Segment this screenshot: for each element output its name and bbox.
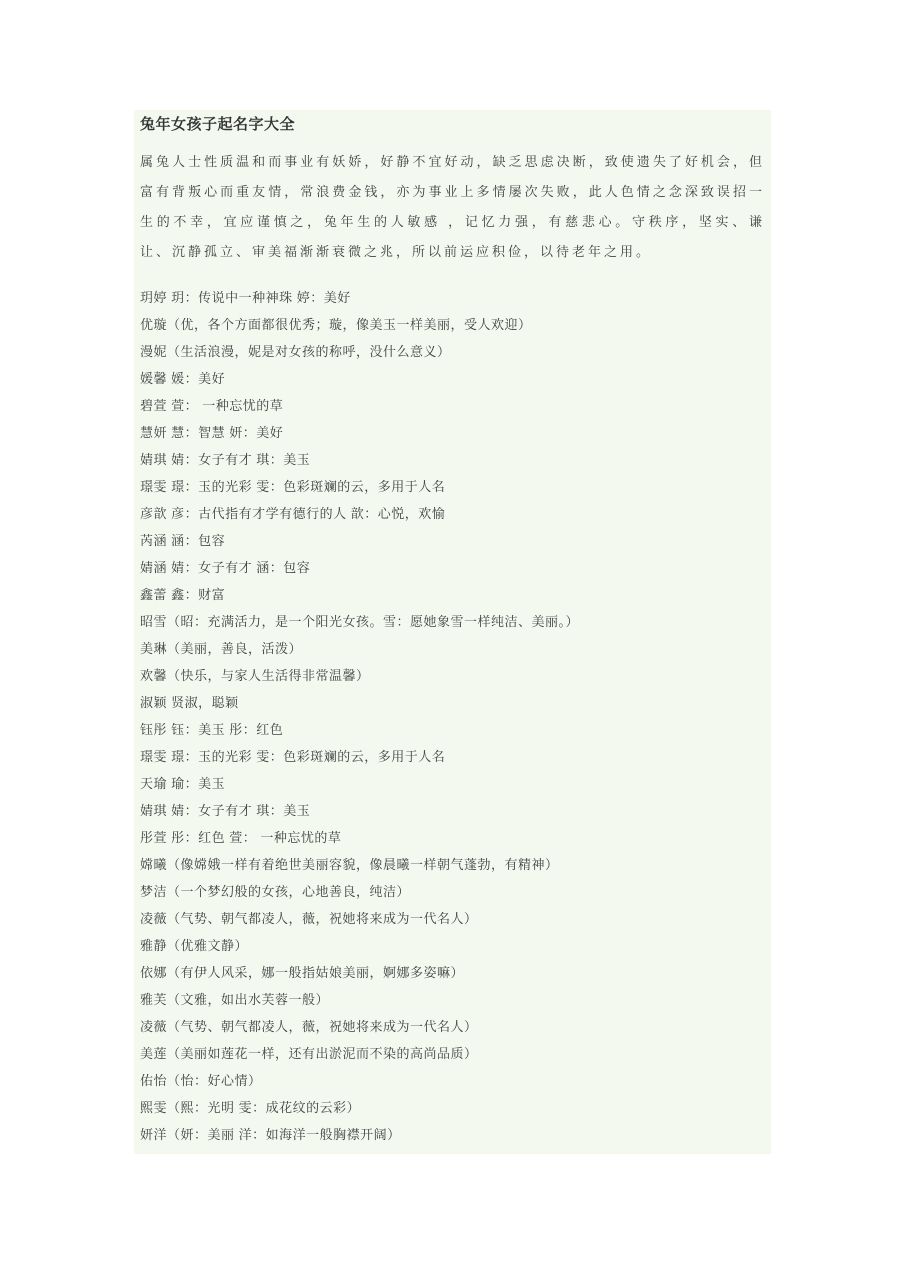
name-list-item: 嫦曦（像嫦娥一样有着绝世美丽容貌，像晨曦一样朝气蓬勃，有精神） xyxy=(140,851,765,878)
name-list-item: 美琳（美丽，善良，活泼） xyxy=(140,635,765,662)
name-list-item: 佑怡（怡：好心情） xyxy=(140,1067,765,1094)
name-list: 玥婷 玥：传说中一种神珠 婷：美好优璇（优，各个方面都很优秀；璇，像美玉一样美丽… xyxy=(140,284,765,1148)
name-list-item: 芮涵 涵：包容 xyxy=(140,527,765,554)
name-list-item: 熙雯（熙：光明 雯：成花纹的云彩） xyxy=(140,1094,765,1121)
name-list-item: 慧妍 慧：智慧 妍：美好 xyxy=(140,419,765,446)
name-list-item: 雅静（优雅文静） xyxy=(140,932,765,959)
name-list-item: 凌薇（气势、朝气都凌人，薇，祝她将来成为一代名人） xyxy=(140,1013,765,1040)
name-list-item: 碧萱 萱： 一种忘忧的草 xyxy=(140,392,765,419)
name-list-item: 优璇（优，各个方面都很优秀；璇，像美玉一样美丽，受人欢迎） xyxy=(140,311,765,338)
name-list-item: 欢馨（快乐，与家人生活得非常温馨） xyxy=(140,662,765,689)
name-list-item: 玥婷 玥：传说中一种神珠 婷：美好 xyxy=(140,284,765,311)
name-list-item: 凌薇（气势、朝气都凌人，薇，祝她将来成为一代名人） xyxy=(140,905,765,932)
name-list-item: 婧涵 婧：女子有才 涵：包容 xyxy=(140,554,765,581)
name-list-item: 雅芙（文雅，如出水芙蓉一般） xyxy=(140,986,765,1013)
name-list-item: 婧琪 婧：女子有才 琪：美玉 xyxy=(140,446,765,473)
name-list-item: 彤萱 彤：红色 萱： 一种忘忧的草 xyxy=(140,824,765,851)
name-list-item: 淑颖 贤淑，聪颖 xyxy=(140,689,765,716)
name-list-item: 璟雯 璟：玉的光彩 雯：色彩斑斓的云，多用于人名 xyxy=(140,473,765,500)
intro-paragraph: 属兔人士性质温和而事业有妖娇，好静不宜好动，缺乏思虑决断，致使遗失了好机会，但富… xyxy=(140,147,765,267)
name-list-item: 璟雯 璟：玉的光彩 雯：色彩斑斓的云，多用于人名 xyxy=(140,743,765,770)
name-list-item: 依娜（有伊人风采，娜一般指姑娘美丽，婀娜多姿嘛） xyxy=(140,959,765,986)
name-list-item: 钰彤 钰：美玉 彤：红色 xyxy=(140,716,765,743)
document-content-area: 兔年女孩子起名字大全 属兔人士性质温和而事业有妖娇，好静不宜好动，缺乏思虑决断，… xyxy=(134,110,771,1154)
name-list-item: 婧琪 婧：女子有才 琪：美玉 xyxy=(140,797,765,824)
document-title: 兔年女孩子起名字大全 xyxy=(140,114,765,136)
name-list-item: 漫妮（生活浪漫，妮是对女孩的称呼，没什么意义） xyxy=(140,338,765,365)
name-list-item: 妍洋（妍：美丽 洋：如海洋一般胸襟开阔） xyxy=(140,1121,765,1148)
name-list-item: 彦歆 彦：古代指有才学有德行的人 歆：心悦，欢愉 xyxy=(140,500,765,527)
name-list-item: 梦洁（一个梦幻般的女孩，心地善良，纯洁） xyxy=(140,878,765,905)
name-list-item: 昭雪（昭：充满活力，是一个阳光女孩。雪：愿她象雪一样纯洁、美丽。） xyxy=(140,608,765,635)
name-list-item: 美莲（美丽如莲花一样，还有出淤泥而不染的高尚品质） xyxy=(140,1040,765,1067)
name-list-item: 鑫蕾 鑫：财富 xyxy=(140,581,765,608)
name-list-item: 媛馨 媛：美好 xyxy=(140,365,765,392)
document-page: 兔年女孩子起名字大全 属兔人士性质温和而事业有妖娇，好静不宜好动，缺乏思虑决断，… xyxy=(0,0,905,1280)
name-list-item: 天瑜 瑜：美玉 xyxy=(140,770,765,797)
